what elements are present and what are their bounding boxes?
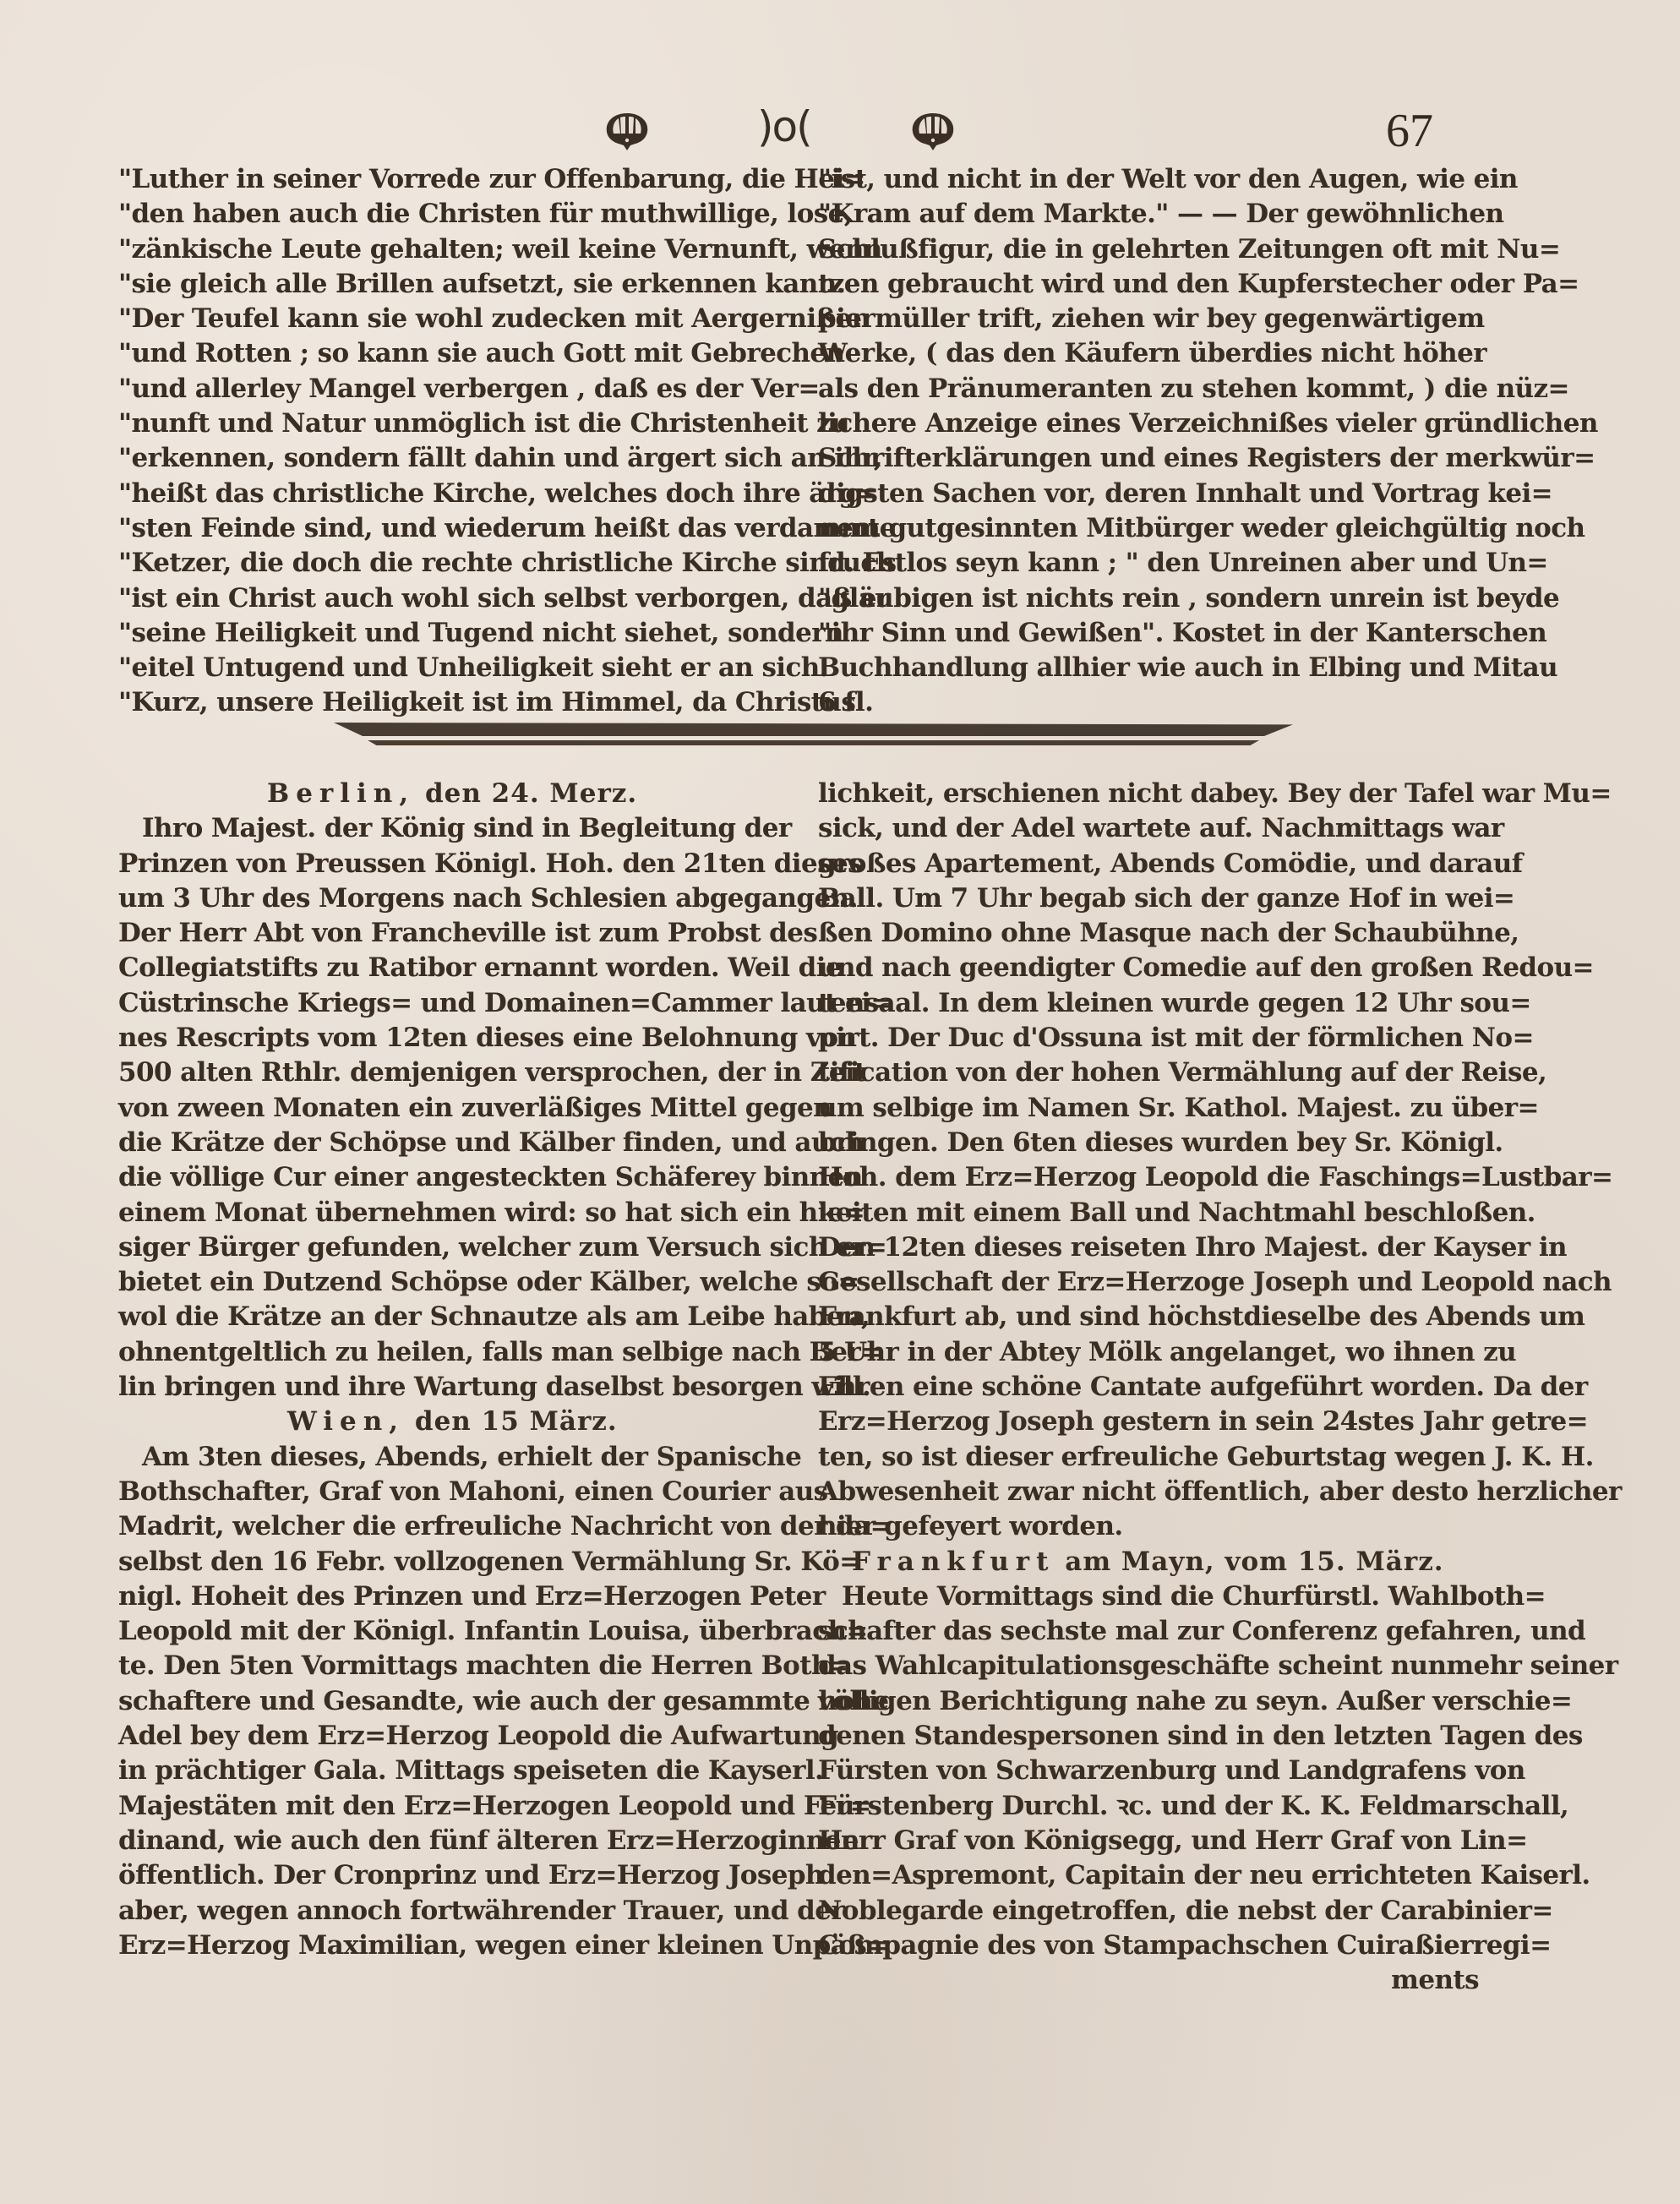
text-line: lichkeit, erschienen nicht dabey. Bey de… — [818, 777, 1479, 811]
text-line: "heißt das christliche Kirche, welches d… — [118, 477, 779, 511]
dateline-city: Frankfurt — [852, 1547, 1055, 1577]
text-line: das Wahlcapitulationsgeschäfte scheint n… — [818, 1649, 1479, 1683]
text-line: großes Apartement, Abends Comödie, und d… — [818, 847, 1479, 881]
dateline-berlin: Berlin, den 24. Merz. — [118, 777, 779, 811]
page-number: 67 — [1386, 101, 1433, 161]
text-line: Fürsten von Schwarzenburg und Landgrafen… — [818, 1754, 1479, 1788]
text-line: "ihr Sinn und Gewißen". Kostet in der Ka… — [818, 616, 1479, 651]
text-line: Compagnie des von Stampachschen Cuiraßie… — [818, 1928, 1479, 1963]
text-line: Frankfurt ab, und sind höchstdieselbe de… — [818, 1300, 1479, 1334]
text-line: piermüller trift, ziehen wir bey gegenwä… — [818, 302, 1479, 336]
text-line: den=Aspremont, Capitain der neu errichte… — [818, 1858, 1479, 1893]
text-line: Ihro Majest. der König sind in Begleitun… — [118, 811, 779, 846]
shell-ornament-icon — [602, 108, 652, 154]
text-line: und nach geendigter Comedie auf den groß… — [818, 951, 1479, 985]
text-line: "den haben auch die Christen für muthwil… — [118, 197, 779, 232]
text-line: sick, und der Adel wartete auf. Nachmitt… — [818, 811, 1479, 846]
text-line: "nunft und Natur unmöglich ist die Chris… — [118, 406, 779, 441]
text-line: Schrifterklärungen und eines Registers d… — [818, 441, 1479, 476]
dateline-frankfurt: Frankfurt am Mayn, vom 15. März. — [818, 1545, 1479, 1579]
text-line: "seine Heiligkeit und Tugend nicht siehe… — [118, 616, 779, 651]
text-line: öffentlich. Der Cronprinz und Erz=Herzog… — [118, 1858, 779, 1893]
dateline-city: Berlin, — [267, 778, 415, 809]
text-line: Fürstenberg Durchl. ꝛc. und der K. K. Fe… — [818, 1789, 1479, 1824]
text-line: Erz=Herzog Maximilian, wegen einer klein… — [118, 1928, 779, 1963]
text-line: "erkennen, sondern fällt dahin und ärger… — [118, 441, 779, 476]
text-line: Madrit, welcher die erfreuliche Nachrich… — [118, 1509, 779, 1544]
text-line: "gläubigen ist nichts rein , sondern unr… — [818, 581, 1479, 616]
text-line: von zween Monaten ein zuverläßiges Mitte… — [118, 1091, 779, 1126]
text-line: digsten Sachen vor, deren Innhalt und Vo… — [818, 477, 1479, 511]
text-line: "Ketzer, die doch die rechte christliche… — [118, 546, 779, 581]
text-line: "Der Teufel kann sie wohl zudecken mit A… — [118, 302, 779, 336]
text-line: wol die Krätze an der Schnautze als am L… — [118, 1300, 779, 1334]
text-line: völligen Berichtigung nahe zu seyn. Auße… — [818, 1684, 1479, 1719]
text-line: nes Rescripts vom 12ten dieses eine Belo… — [118, 1021, 779, 1056]
text-line: Der Herr Abt von Francheville ist zum Pr… — [118, 916, 779, 951]
newspaper-page: )o( 67 "Luther in seiner Vorrede zur Off… — [0, 0, 1680, 2204]
text-line: Heute Vormittags sind die Churfürstl. Wa… — [818, 1579, 1479, 1614]
bottom-right-column: lichkeit, erschienen nicht dabey. Bey de… — [818, 777, 1479, 1998]
text-line: einem Monat übernehmen wird: so hat sich… — [118, 1196, 779, 1230]
text-line: "zänkische Leute gehalten; weil keine Ve… — [118, 232, 779, 267]
text-line: Bothschafter, Graf von Mahoni, einen Cou… — [118, 1475, 779, 1509]
text-line: schafter das sechste mal zur Conferenz g… — [818, 1614, 1479, 1649]
text-line: "ist ein Christ auch wohl sich selbst ve… — [118, 581, 779, 616]
text-line: nigl. Hoheit des Prinzen und Erz=Herzoge… — [118, 1579, 779, 1614]
dateline-date: am Mayn, vom 15. März. — [1055, 1547, 1443, 1577]
text-line: "sten Feinde sind, und wiederum heißt da… — [118, 511, 779, 546]
text-line: 6 fl. — [818, 685, 1479, 720]
text-line: Werke, ( das den Käufern überdies nicht … — [818, 336, 1479, 371]
bottom-left-column: Berlin, den 24. Merz. Ihro Majest. der K… — [118, 777, 779, 1963]
text-line: Hoh. dem Erz=Herzog Leopold die Fasching… — [818, 1160, 1479, 1195]
text-line: Cüstrinsche Kriegs= und Domainen=Cammer … — [118, 986, 779, 1021]
text-line: tzen gebraucht wird und den Kupfersteche… — [818, 267, 1479, 302]
text-line: lin bringen und ihre Wartung daselbst be… — [118, 1370, 779, 1405]
text-line: ten, so ist dieser erfreuliche Geburtsta… — [818, 1440, 1479, 1475]
text-line: "Luther in seiner Vorrede zur Offenbarun… — [118, 162, 779, 197]
text-line: aber, wegen annoch fortwährender Trauer,… — [118, 1894, 779, 1928]
text-line: "sie gleich alle Brillen aufsetzt, sie e… — [118, 267, 779, 302]
center-mark: )o( — [757, 101, 811, 152]
text-line: denen Standespersonen sind in den letzte… — [818, 1719, 1479, 1754]
text-line: bringen. Den 6ten dieses wurden bey Sr. … — [818, 1126, 1479, 1160]
text-line: Leopold mit der Königl. Infantin Louisa,… — [118, 1614, 779, 1649]
text-line: Herr Graf von Königsegg, und Herr Graf v… — [818, 1824, 1479, 1858]
text-line: "und Rotten ; so kann sie auch Gott mit … — [118, 336, 779, 371]
running-head: )o( 67 — [0, 101, 1680, 161]
text-line: die völlige Cur einer angesteckten Schäf… — [118, 1160, 779, 1195]
text-line: nem gutgesinnten Mitbürger weder gleichg… — [818, 511, 1479, 546]
text-line: Prinzen von Preussen Königl. Hoh. den 21… — [118, 847, 779, 881]
text-line: ßen Domino ohne Masque nach der Schaubüh… — [818, 916, 1479, 951]
text-line: schaftere und Gesandte, wie auch der ges… — [118, 1684, 779, 1719]
text-line: Schlußfigur, die in gelehrten Zeitungen … — [818, 232, 1479, 267]
catchword: ments — [818, 1963, 1479, 1998]
text-line: 500 alten Rthlr. demjenigen versprochen,… — [118, 1056, 779, 1090]
text-line: Gesellschaft der Erz=Herzoge Joseph und … — [818, 1265, 1479, 1300]
text-line: tensaal. In dem kleinen wurde gegen 12 U… — [818, 986, 1479, 1021]
text-line: "eitel Untugend und Unheiligkeit sieht e… — [118, 651, 779, 685]
text-line: Majestäten mit den Erz=Herzogen Leopold … — [118, 1789, 779, 1824]
top-left-column: "Luther in seiner Vorrede zur Offenbarun… — [118, 162, 779, 721]
text-line: Noblegarde eingetroffen, die nebst der C… — [818, 1894, 1479, 1928]
text-line: keiten mit einem Ball und Nachtmahl besc… — [818, 1196, 1479, 1230]
text-line: Ehren eine schöne Cantate aufgeführt wor… — [818, 1370, 1479, 1405]
text-line: die Krätze der Schöpse und Kälber finden… — [118, 1126, 779, 1160]
shell-ornament-icon — [908, 108, 958, 154]
text-line: bietet ein Dutzend Schöpse oder Kälber, … — [118, 1265, 779, 1300]
text-line: Abwesenheit zwar nicht öffentlich, aber … — [818, 1475, 1479, 1509]
text-line: hier gefeyert worden. — [818, 1509, 1479, 1544]
text-line: um 3 Uhr des Morgens nach Schlesien abge… — [118, 881, 779, 916]
dateline-wien: Wien, den 15 März. — [118, 1405, 779, 1439]
text-line: pirt. Der Duc d'Ossuna ist mit der förml… — [818, 1021, 1479, 1056]
text-line: lichere Anzeige eines Verzeichnißes viel… — [818, 406, 1479, 441]
text-line: ohnentgeltlich zu heilen, falls man selb… — [118, 1335, 779, 1370]
dateline-city: Wien, — [287, 1406, 405, 1437]
text-line: selbst den 16 Febr. vollzogenen Vermählu… — [118, 1545, 779, 1579]
text-line: dinand, wie auch den fünf älteren Erz=He… — [118, 1824, 779, 1858]
text-line: Collegiatstifts zu Ratibor ernannt worde… — [118, 951, 779, 985]
text-line: als den Pränumeranten zu stehen kommt, )… — [818, 372, 1479, 406]
text-line: 5 Uhr in der Abtey Mölk angelanget, wo i… — [818, 1335, 1479, 1370]
text-line: Buchhandlung allhier wie auch in Elbing … — [818, 651, 1479, 685]
text-line: "ist, und nicht in der Welt vor den Auge… — [818, 162, 1479, 197]
dateline-date: den 24. Merz. — [415, 778, 637, 809]
text-line: um selbige im Namen Sr. Kathol. Majest. … — [818, 1091, 1479, 1126]
section-separator-rule — [334, 723, 1293, 750]
text-line: Adel bey dem Erz=Herzog Leopold die Aufw… — [118, 1719, 779, 1754]
text-line: te. Den 5ten Vormittags machten die Herr… — [118, 1649, 779, 1683]
text-line: siger Bürger gefunden, welcher zum Versu… — [118, 1230, 779, 1265]
separator-thin-line — [368, 740, 1259, 745]
text-line: fruchtlos seyn kann ; " den Unreinen abe… — [818, 546, 1479, 581]
text-line: Am 3ten dieses, Abends, erhielt der Span… — [118, 1440, 779, 1475]
text-line: Den 12ten dieses reiseten Ihro Majest. d… — [818, 1230, 1479, 1265]
text-line: tification von der hohen Vermählung auf … — [818, 1056, 1479, 1090]
dateline-date: den 15 März. — [405, 1406, 618, 1437]
text-line: in prächtiger Gala. Mittags speiseten di… — [118, 1754, 779, 1788]
text-line: "und allerley Mangel verbergen , daß es … — [118, 372, 779, 406]
text-line: Erz=Herzog Joseph gestern in sein 24stes… — [818, 1405, 1479, 1439]
text-line: "Kurz, unsere Heiligkeit ist im Himmel, … — [118, 685, 779, 720]
text-line: "Kram auf dem Markte." — — Der gewöhnlic… — [818, 197, 1479, 232]
separator-thick-line — [334, 723, 1293, 736]
top-right-column: "ist, und nicht in der Welt vor den Auge… — [818, 162, 1479, 721]
text-line: Ball. Um 7 Uhr begab sich der ganze Hof … — [818, 881, 1479, 916]
